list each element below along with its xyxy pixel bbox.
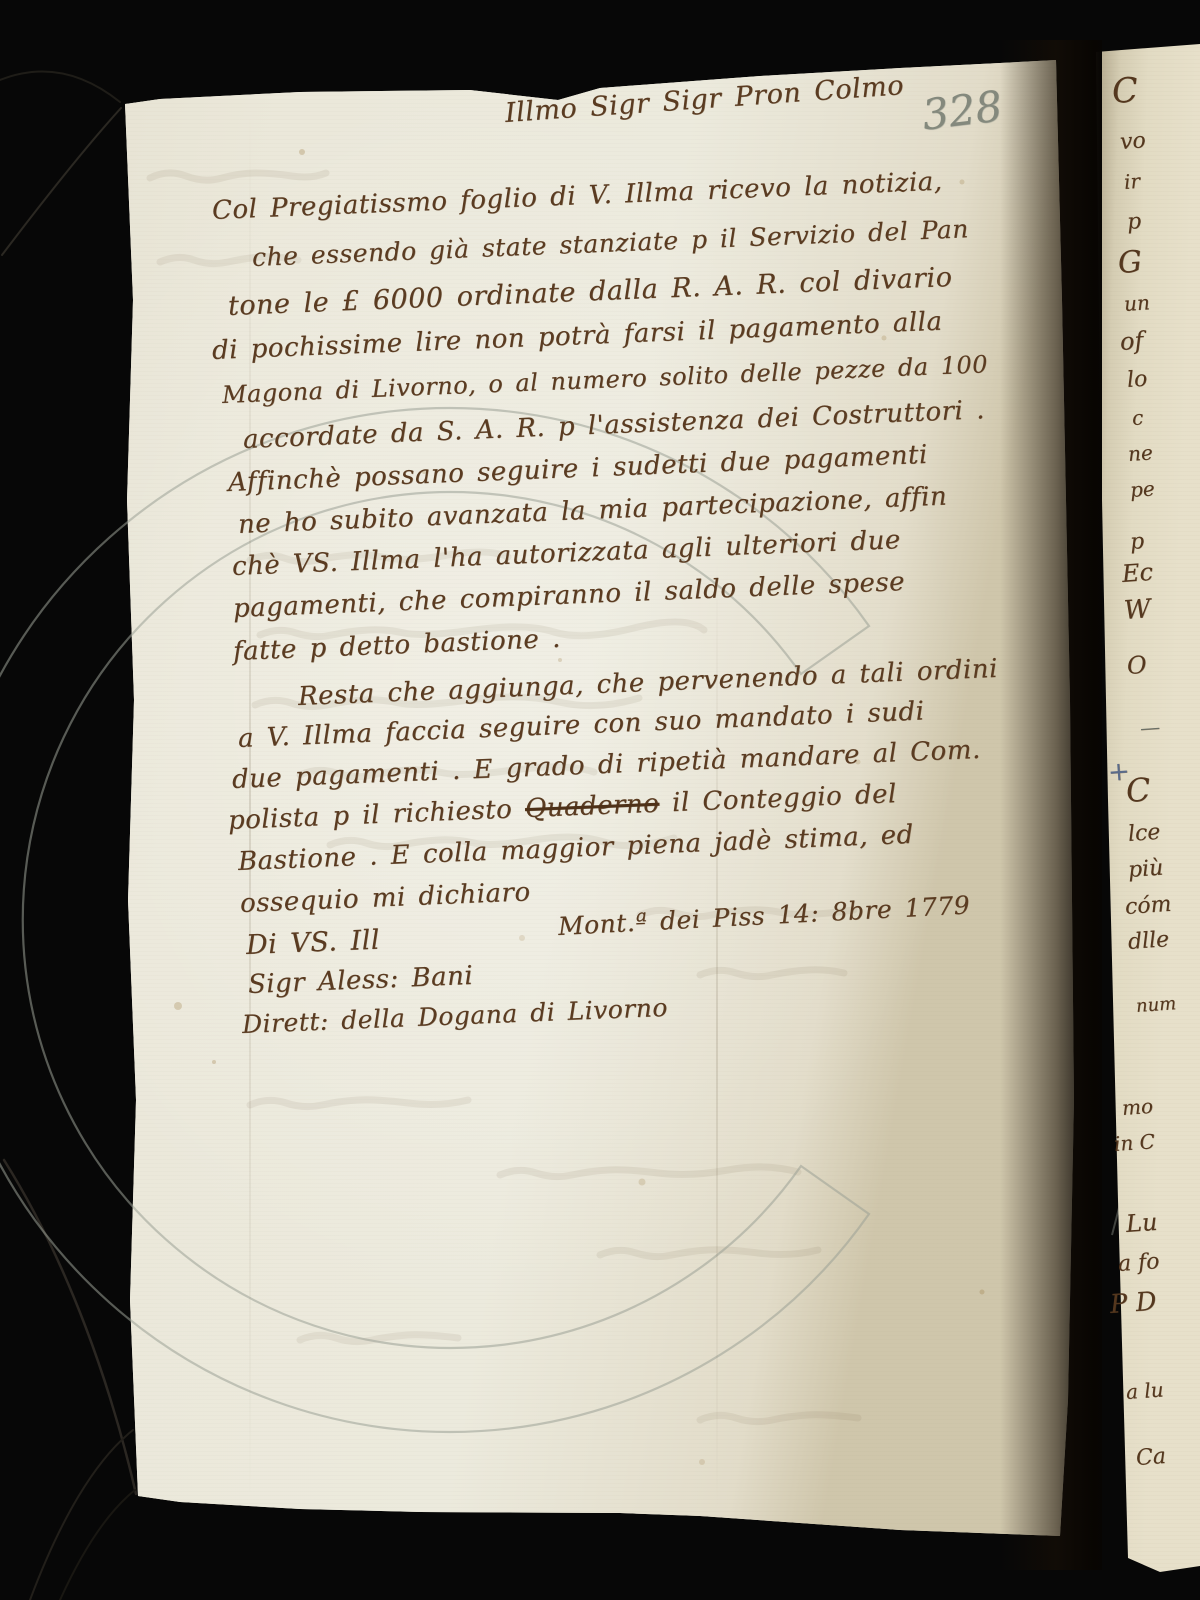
- fragment-line: P D: [1109, 1287, 1158, 1320]
- fragment-line: C: [1125, 770, 1152, 810]
- fragment-line: dlle: [1127, 927, 1170, 955]
- fragment-line: p: [1126, 209, 1142, 235]
- fragment-line: Ca: [1135, 1444, 1167, 1471]
- fragment-line: più: [1127, 856, 1164, 883]
- folio-number: 328: [919, 81, 1005, 139]
- fragment-line: of: [1119, 326, 1144, 356]
- fragment-line: num: [1135, 993, 1177, 1017]
- fragment-line: G: [1117, 244, 1143, 281]
- book-gutter-shadow: [1000, 40, 1102, 1570]
- fragment-line: lce: [1127, 820, 1161, 847]
- fragment-line: —: [1139, 715, 1161, 740]
- fragment-line: vo: [1119, 128, 1146, 155]
- fragment-line: ir: [1123, 169, 1141, 194]
- fragment-line: cóm: [1124, 892, 1172, 920]
- fragment-line: ne: [1127, 440, 1153, 466]
- fragment-line: Lu: [1125, 1208, 1158, 1238]
- fragment-line: a lu: [1125, 1377, 1164, 1404]
- fragment-line: in C: [1113, 1129, 1156, 1156]
- paper-crease-right: [716, 560, 718, 1510]
- fragment-line: p: [1129, 529, 1145, 555]
- struck-word: Quaderno: [524, 789, 660, 824]
- fragment-line: a fo: [1117, 1249, 1160, 1277]
- manuscript-photo: { "document": { "page_number": "328", "h…: [0, 0, 1200, 1600]
- fragment-line: O: [1126, 651, 1148, 680]
- fragment-line: mo: [1121, 1094, 1154, 1120]
- closing-formula: Di VS. Ill: [245, 925, 380, 961]
- fragment-line: W: [1123, 594, 1152, 626]
- book-page-edges: [0, 71, 136, 1600]
- fragment-line: pe: [1129, 476, 1155, 502]
- fragment-line: C: [1111, 70, 1140, 112]
- fragment-line: lo: [1126, 367, 1148, 393]
- fragment-line: un: [1123, 290, 1150, 316]
- fragment-line: Ec: [1121, 558, 1154, 588]
- fragment-line: c: [1131, 405, 1144, 430]
